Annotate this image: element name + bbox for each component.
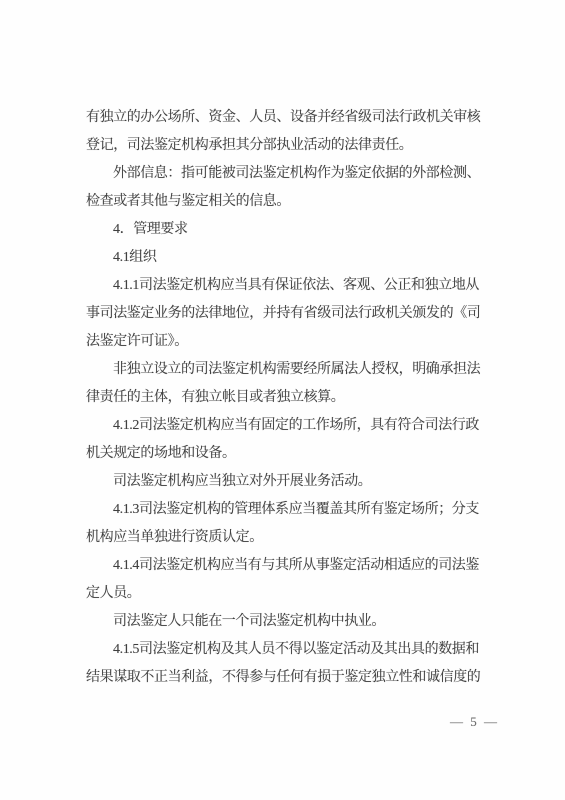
text-line: 检查或者其他与鉴定相关的信息。 xyxy=(86,188,488,216)
text-line: 事司法鉴定业务的法律地位，并持有省级司法行政机关颁发的《司 xyxy=(86,300,488,328)
section-heading-line: 4．管理要求 xyxy=(86,216,488,244)
text-line: 4.1.2司法鉴定机构应当有固定的工作场所，具有符合司法行政 xyxy=(86,412,488,440)
text-line: 定人员。 xyxy=(86,580,488,608)
text-line: 法鉴定许可证》。 xyxy=(86,328,488,356)
text-line: 登记，司法鉴定机构承担其分部执业活动的法律责任。 xyxy=(86,132,488,160)
text-line: 司法鉴定机构应当独立对外开展业务活动。 xyxy=(86,468,488,496)
text-line: 律责任的主体，有独立帐目或者独立核算。 xyxy=(86,384,488,412)
text-line: 外部信息：指可能被司法鉴定机构作为鉴定依据的外部检测、 xyxy=(86,160,488,188)
text-line: 4.1.4司法鉴定机构应当有与其所从事鉴定活动相适应的司法鉴 xyxy=(86,552,488,580)
section-heading-line: 4.1组织 xyxy=(86,244,488,272)
scanned-document-page: 有独立的办公场所、资金、人员、设备并经省级司法行政机关审核 登记，司法鉴定机构承… xyxy=(0,0,565,800)
text-line: 机构应当单独进行资质认定。 xyxy=(86,524,488,552)
text-line: 机关规定的场地和设备。 xyxy=(86,440,488,468)
text-line: 4.1.3司法鉴定机构的管理体系应当覆盖其所有鉴定场所；分支 xyxy=(86,496,488,524)
text-line: 4.1.1司法鉴定机构应当具有保证依法、客观、公正和独立地从 xyxy=(86,272,488,300)
text-line: 非独立设立的司法鉴定机构需要经所属法人授权，明确承担法 xyxy=(86,356,488,384)
text-line: 司法鉴定人只能在一个司法鉴定机构中执业。 xyxy=(86,608,488,636)
text-line: 有独立的办公场所、资金、人员、设备并经省级司法行政机关审核 xyxy=(86,104,488,132)
text-line: 4.1.5司法鉴定机构及其人员不得以鉴定活动及其出具的数据和 xyxy=(86,636,488,664)
page-number: — 5 — xyxy=(450,714,499,730)
text-line: 结果谋取不正当利益，不得参与任何有损于鉴定独立性和诚信度的 xyxy=(86,664,488,692)
document-body-text: 有独立的办公场所、资金、人员、设备并经省级司法行政机关审核 登记，司法鉴定机构承… xyxy=(86,104,488,692)
